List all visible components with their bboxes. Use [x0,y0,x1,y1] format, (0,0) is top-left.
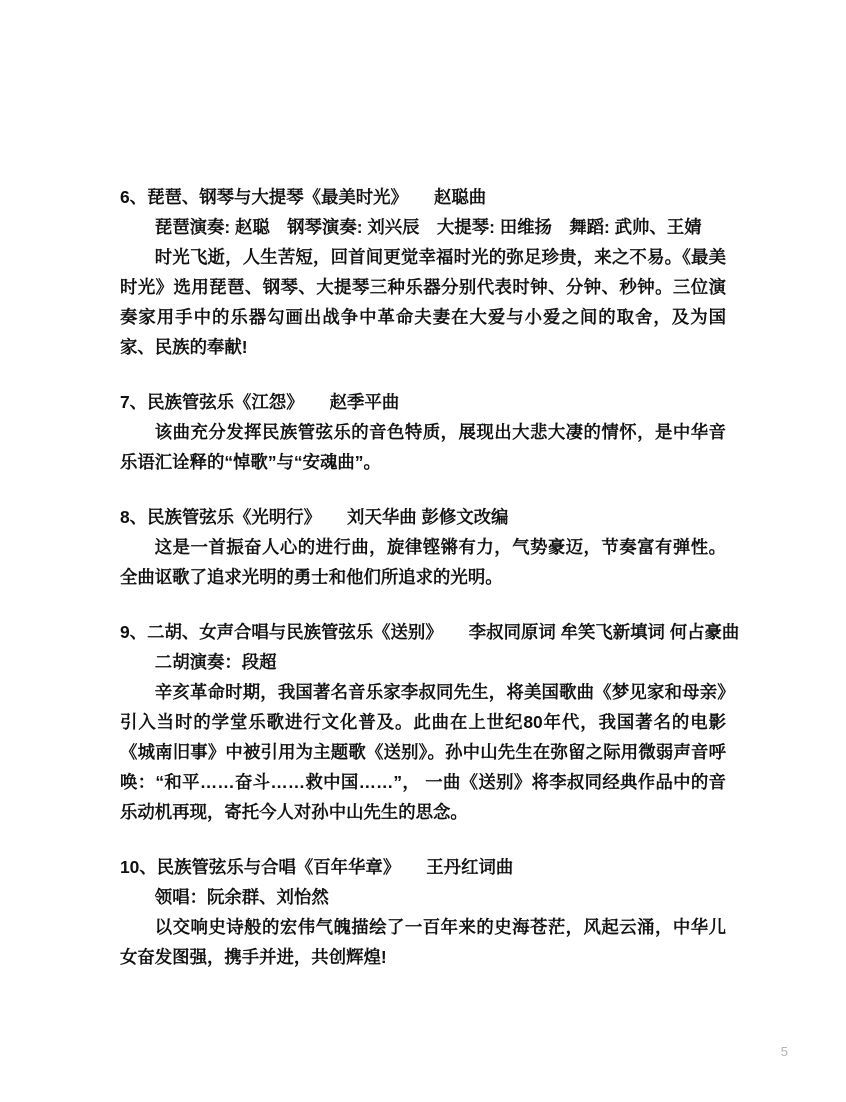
item-description: 时光飞逝，人生苦短，回首间更觉幸福时光的弥足珍贵，来之不易。《最美时光》选用琵琶… [120,242,726,362]
program-item: 7、民族管弦乐《江怨》 赵季平曲 该曲充分发挥民族管弦乐的音色特质，展现出大悲大… [120,387,726,477]
item-heading: 10、民族管弦乐与合唱《百年华章》 王丹红词曲 [120,852,726,882]
item-description: 该曲充分发挥民族管弦乐的音色特质，展现出大悲大凄的情怀，是中华音乐语汇诠释的“悼… [120,417,726,477]
document-page: 6、琵琶、钢琴与大提琴《最美时光》 赵聪曲 琵琶演奏: 赵聪 钢琴演奏: 刘兴辰… [0,0,846,1102]
item-heading: 7、民族管弦乐《江怨》 赵季平曲 [120,387,726,417]
program-notes: 6、琵琶、钢琴与大提琴《最美时光》 赵聪曲 琵琶演奏: 赵聪 钢琴演奏: 刘兴辰… [0,0,846,972]
program-item: 8、民族管弦乐《光明行》 刘天华曲 彭修文改编 这是一首振奋人心的进行曲，旋律铿… [120,502,726,592]
page-number: 5 [781,1045,788,1058]
item-credit-line: 领唱：阮余群、刘怡然 [120,882,726,912]
item-credit-line: 二胡演奏：段超 [120,647,726,677]
program-item: 10、民族管弦乐与合唱《百年华章》 王丹红词曲 领唱：阮余群、刘怡然 以交响史诗… [120,852,726,972]
program-item: 6、琵琶、钢琴与大提琴《最美时光》 赵聪曲 琵琶演奏: 赵聪 钢琴演奏: 刘兴辰… [120,182,726,362]
item-heading: 6、琵琶、钢琴与大提琴《最美时光》 赵聪曲 [120,182,726,212]
item-heading: 9、二胡、女声合唱与民族管弦乐《送别》 李叔同原词 牟笑飞新填词 何占豪曲 [120,617,726,647]
item-description: 这是一首振奋人心的进行曲，旋律铿锵有力，气势豪迈，节奏富有弹性。全曲讴歌了追求光… [120,532,726,592]
item-description: 辛亥革命时期，我国著名音乐家李叔同先生，将美国歌曲《梦见家和母亲》引入当时的学堂… [120,677,726,827]
item-description: 以交响史诗般的宏伟气魄描绘了一百年来的史海苍茫，风起云涌，中华儿女奋发图强，携手… [120,912,726,972]
item-credit-line: 琵琶演奏: 赵聪 钢琴演奏: 刘兴辰 大提琴: 田维扬 舞蹈: 武帅、王婧 [120,212,726,242]
item-heading: 8、民族管弦乐《光明行》 刘天华曲 彭修文改编 [120,502,726,532]
program-item: 9、二胡、女声合唱与民族管弦乐《送别》 李叔同原词 牟笑飞新填词 何占豪曲 二胡… [120,617,726,827]
